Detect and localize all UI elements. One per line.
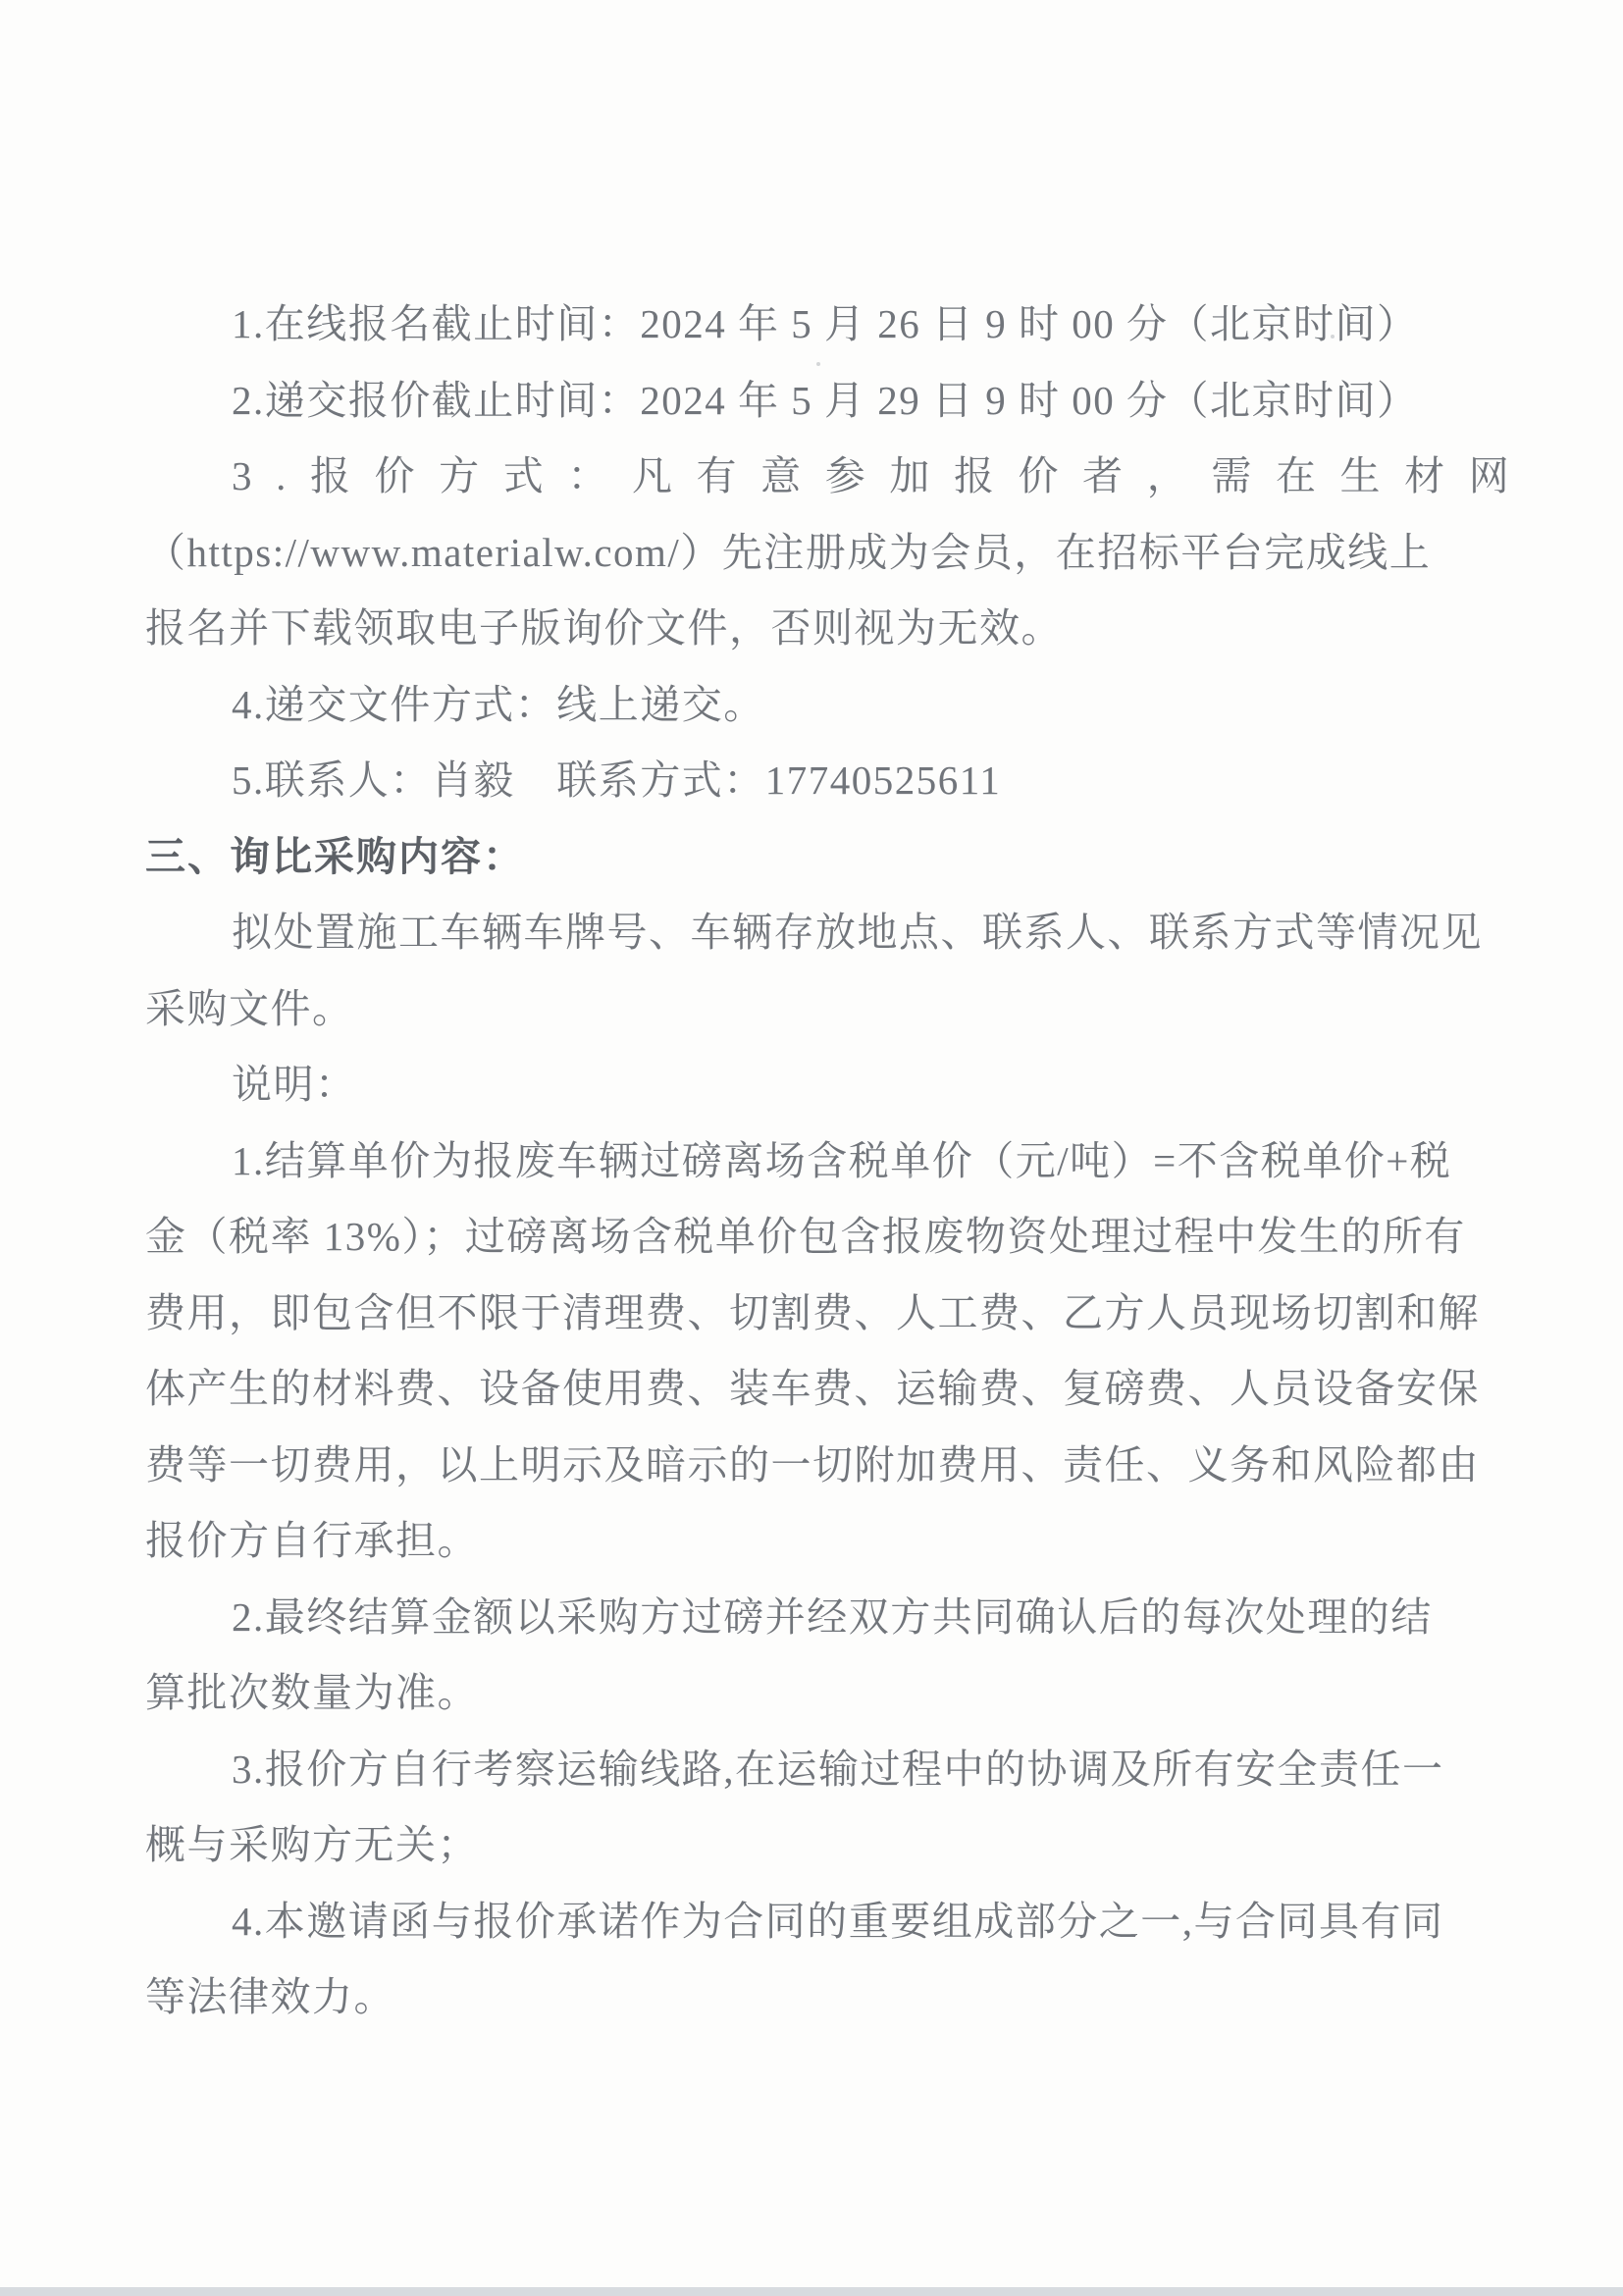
text-line-note4-cont: 等法律效力。 [145, 1959, 1488, 2036]
text-line-website: （https://www.materialw.com/）先注册成为会员，在招标平… [145, 515, 1488, 592]
text-line-note1-cont5: 报价方自行承担。 [145, 1503, 1488, 1580]
text-line-note1-cont4: 费等一切费用，以上明示及暗示的一切附加费用、责任、义务和风险都由 [145, 1428, 1488, 1504]
text-line-note1-cont1: 金（税率 13%）；过磅离场含税单价包含报废物资处理过程中发生的所有 [145, 1199, 1488, 1276]
text-line-note3: 3.报价方自行考察运输线路,在运输过程中的协调及所有安全责任一 [145, 1732, 1488, 1808]
text-line-note1-cont3: 体产生的材料费、设备使用费、装车费、运输费、复磅费、人员设备安保 [145, 1351, 1488, 1428]
text-line-vehicle-info-cont: 采购文件。 [145, 971, 1488, 1048]
scan-speck [1331, 335, 1335, 339]
section-heading-procurement-content: 三、询比采购内容： [145, 819, 1488, 896]
text-line-vehicle-info: 拟处置施工车辆车牌号、车辆存放地点、联系人、联系方式等情况见 [145, 895, 1488, 971]
text-line-submit-method: 4.递交文件方式：线上递交。 [145, 667, 1488, 744]
text-line-note4: 4.本邀请函与报价承诺作为合同的重要组成部分之一,与合同具有同 [145, 1884, 1488, 1960]
text-line-website-cont: 报名并下载领取电子版询价文件，否则视为无效。 [145, 591, 1488, 667]
scanned-document-page: 1.在线报名截止时间：2024 年 5 月 26 日 9 时 00 分（北京时间… [0, 0, 1623, 2296]
text-line-note2: 2.最终结算金额以采购方过磅并经双方共同确认后的每次处理的结 [145, 1580, 1488, 1656]
text-line-deadline-quote: 2.递交报价截止时间：2024 年 5 月 29 日 9 时 00 分（北京时间… [145, 363, 1488, 440]
scan-edge-band [0, 2287, 1623, 2296]
text-line-note3-cont: 概与采购方无关； [145, 1807, 1488, 1884]
text-line-deadline-signup: 1.在线报名截止时间：2024 年 5 月 26 日 9 时 00 分（北京时间… [145, 287, 1488, 363]
text-line-notes-label: 说明： [145, 1047, 1488, 1123]
document-body: 1.在线报名截止时间：2024 年 5 月 26 日 9 时 00 分（北京时间… [145, 287, 1488, 2036]
text-line-note1: 1.结算单价为报废车辆过磅离场含税单价（元/吨）=不含税单价+税 [145, 1123, 1488, 1200]
text-line-quote-method: 3.报价方式：凡有意参加报价者，需在生材网 [145, 439, 1488, 515]
text-line-note2-cont: 算批次数量为准。 [145, 1655, 1488, 1732]
text-line-note1-cont2: 费用，即包含但不限于清理费、切割费、人工费、乙方人员现场切割和解 [145, 1276, 1488, 1352]
text-line-contact: 5.联系人：肖毅 联系方式：17740525611 [145, 743, 1488, 819]
scan-speck [816, 362, 820, 366]
scan-speck [909, 1174, 913, 1177]
